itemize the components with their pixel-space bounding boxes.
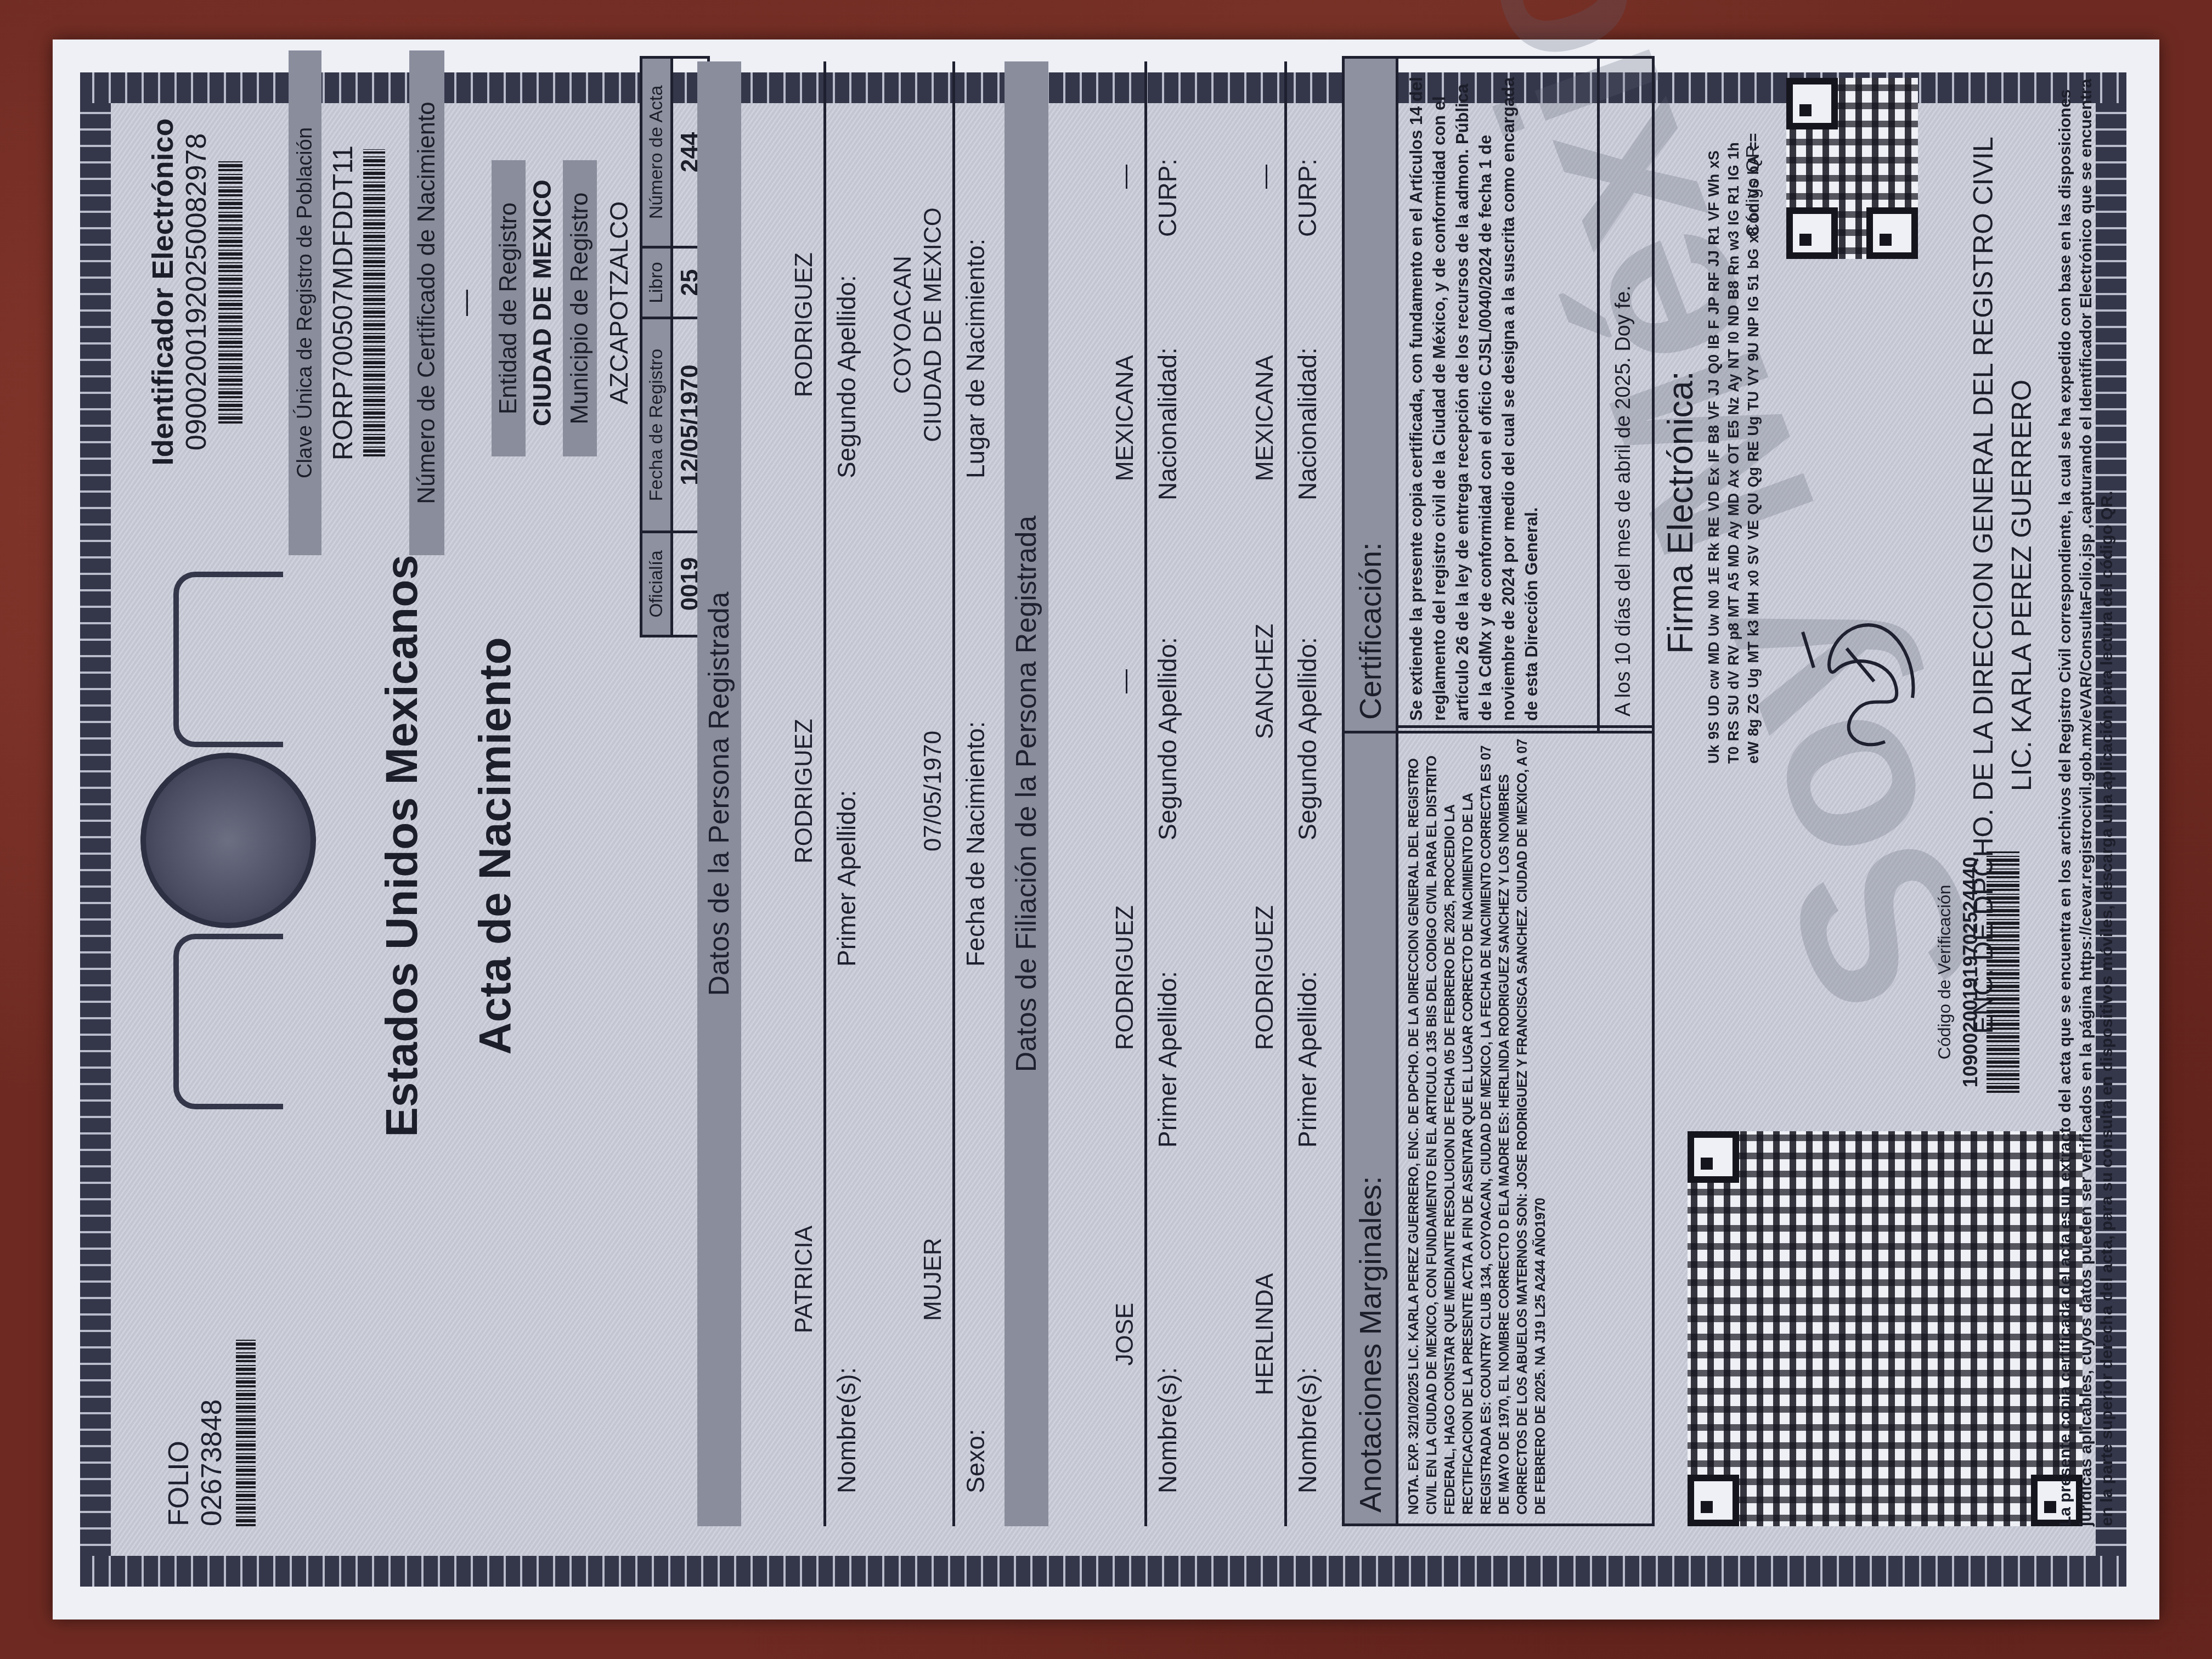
father-nationality-value: MEXICANA [1111, 281, 1139, 555]
person-first-surname-value: RODRIGUEZ [791, 544, 818, 1038]
municipality-value: AZCAPOTZALCO [604, 50, 634, 555]
municipality-bar: Municipio de Registro [563, 160, 597, 456]
electronic-id-block: Identificador Electrónico 09002001920250… [146, 67, 242, 517]
mother-nationality-value: MEXICANA [1251, 281, 1279, 555]
curp-barcode [363, 149, 385, 456]
marginal-notes-title: Anotaciones Marginales: [1345, 728, 1398, 1523]
mother-curp-label: CURP: [1293, 159, 1322, 237]
certificate-number-label: Número de Certificado de Nacimiento [409, 50, 444, 555]
sex-value: MUJER [919, 1032, 947, 1526]
marginal-notes-box: Anotaciones Marginales: NOTA. EXP. 32/10… [1342, 725, 1655, 1526]
verification-code: 109002001919702524440 [1959, 819, 1982, 1126]
electronic-signature-title: Firma Electrónica: [1660, 371, 1701, 654]
father-names-value: JOSE [1111, 1142, 1139, 1526]
divider [823, 61, 826, 1526]
table-header: Libro [641, 247, 672, 318]
registered-person-section-bar: Datos de la Persona Registrada [697, 61, 741, 1526]
qr-code-label: Código QR [1742, 145, 1764, 237]
certification-date: A los 10 días del mes de abril de 2025. … [1597, 59, 1652, 731]
entity-bar: Entidad de Registro [492, 160, 526, 456]
birth-date-value: 07/05/1970 [919, 544, 947, 1038]
mother-first-surname-label: Primer Apellido: [1293, 971, 1322, 1148]
certificate-sheet: Soy México FOLIO 02673848 Estados Unidos… [80, 72, 2126, 1587]
mother-second-surname-label: Segundo Apellido: [1293, 637, 1322, 840]
folio-label: FOLIO [162, 1296, 195, 1526]
ornament-left-icon [173, 934, 283, 1109]
decorative-border-left [80, 1556, 2126, 1587]
national-seal-icon [140, 753, 316, 928]
birth-place-label: Lugar de Nacimiento: [961, 239, 990, 478]
sex-label: Sexo: [961, 1429, 990, 1493]
decorative-border-top [80, 72, 111, 1587]
father-first-surname-label: Primer Apellido: [1153, 971, 1182, 1148]
father-names-label: Nombre(s): [1153, 1367, 1182, 1493]
folio-block: FOLIO 02673848 [162, 1296, 256, 1526]
ornament-right-icon [173, 572, 283, 747]
birth-place-line1: COYOACAN [889, 78, 917, 572]
handwritten-signature-icon [1792, 599, 1934, 764]
municipality-label: Municipio de Registro [563, 160, 597, 456]
mother-first-surname-value: RODRIGUEZ [1251, 786, 1279, 1170]
person-second-surname-label: Segundo Apellido: [832, 275, 861, 478]
folio-barcode [236, 1340, 256, 1526]
certification-box: Certificación: Se extiende la presente c… [1342, 56, 1655, 733]
entity-value: CIUDAD DE MEXICO [527, 50, 557, 555]
person-first-surname-label: Primer Apellido: [832, 790, 861, 967]
small-qr-code [1786, 78, 1918, 259]
mother-names-label: Nombre(s): [1293, 1367, 1322, 1493]
person-second-surname-value: RODRIGUEZ [791, 78, 818, 572]
father-curp-label: CURP: [1153, 159, 1182, 237]
person-names-value: PATRICIA [791, 1032, 818, 1526]
father-second-surname-label: Segundo Apellido: [1153, 637, 1182, 840]
father-second-surname-value: — [1111, 544, 1139, 819]
birth-certificate-paper: Soy México FOLIO 02673848 Estados Unidos… [53, 39, 2159, 1620]
mother-names-value: HERLINDA [1251, 1142, 1279, 1526]
folio-number: 02673848 [195, 1296, 228, 1526]
divider [952, 61, 955, 1526]
table-header: Número de Acta [641, 58, 672, 247]
father-first-surname-value: RODRIGUEZ [1111, 786, 1139, 1170]
marginal-notes-text: NOTA. EXP. 32/10/2025 LIC. KARLA PEREZ G… [1398, 728, 1556, 1523]
table-header: Fecha de Registro [641, 318, 672, 532]
mother-curp-value: — [1251, 61, 1279, 292]
divider [1144, 61, 1147, 1526]
birth-date-label: Fecha de Nacimiento: [961, 721, 990, 967]
certificate-number-value: — [450, 50, 481, 555]
certificate-number-bar: Número de Certificado de Nacimiento [409, 50, 444, 555]
verification-label: Código de Verificación [1934, 819, 1955, 1126]
certification-text: Se extiende la presente copia certificad… [1398, 59, 1550, 731]
table-header: Oficialía [641, 532, 672, 636]
divider [1284, 61, 1287, 1526]
curp-value: RORP700507MDFDDT11 [327, 50, 359, 555]
curp-label: Clave Única de Registro de Población [289, 50, 321, 555]
mother-second-surname-value: SANCHEZ [1251, 544, 1279, 819]
entity-label: Entidad de Registro [492, 160, 526, 456]
father-curp-value: — [1111, 61, 1139, 292]
large-qr-code [1688, 1131, 2083, 1526]
curp-block: RORP700507MDFDDT11 [327, 50, 385, 555]
filiation-section-title: Datos de Filiación de la Persona Registr… [1005, 61, 1048, 1526]
mother-nationality-label: Nacionalidad: [1293, 347, 1322, 500]
filiation-section-bar: Datos de Filiación de la Persona Registr… [1005, 61, 1048, 1526]
electronic-id-value: 09002001920250082978 [180, 67, 213, 517]
certification-title: Certificación: [1345, 59, 1398, 731]
registered-person-section-title: Datos de la Persona Registrada [697, 61, 741, 1526]
father-nationality-label: Nacionalidad: [1153, 347, 1182, 500]
person-names-label: Nombre(s): [832, 1367, 861, 1493]
electronic-id-barcode [218, 160, 242, 424]
footer-legal-text: La presente copia certificada del acta e… [2055, 61, 2118, 1526]
curp-label-bar: Clave Única de Registro de Población [289, 50, 321, 555]
birth-place-line2: CIUDAD DE MEXICO [919, 78, 947, 572]
verification-barcode [1987, 851, 2019, 1093]
electronic-id-label: Identificador Electrónico [146, 67, 180, 517]
